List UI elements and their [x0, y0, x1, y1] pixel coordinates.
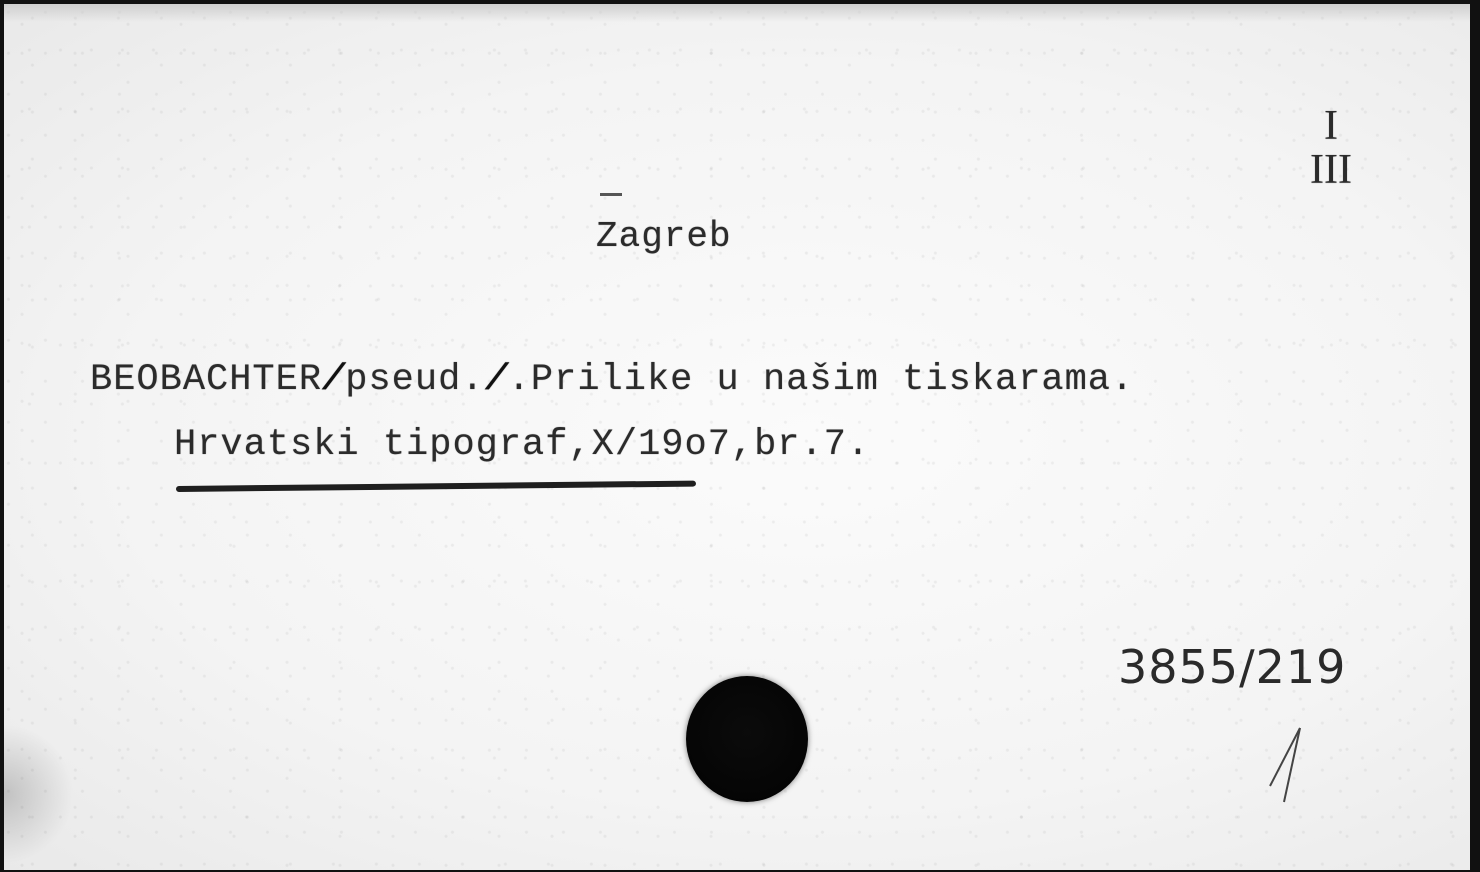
catalog-card: Zagreb I III BEOBACHTER/pseud./.Prilike … — [4, 4, 1470, 870]
punch-hole — [686, 676, 808, 802]
handwritten-mark-icon — [1266, 726, 1306, 806]
location-heading: Zagreb — [596, 216, 732, 257]
card-smudge — [4, 724, 74, 864]
call-number: 3855/219 — [1118, 640, 1346, 694]
scanned-card-image: Zagreb I III BEOBACHTER/pseud./.Prilike … — [0, 0, 1480, 872]
location-dash-mark — [600, 193, 622, 196]
class-mark-line2: III — [1266, 148, 1396, 192]
card-top-shadow — [4, 4, 1470, 22]
entry-source-line: Hrvatski tipograf,X/19o7,br.7. — [174, 424, 870, 466]
entry-author-note: pseud. — [345, 359, 484, 401]
class-mark-line1: I — [1266, 104, 1396, 148]
class-mark: I III — [1266, 104, 1396, 192]
entry-source-title: Hrvatski tipograf — [174, 424, 568, 466]
entry-author: BEOBACHTER — [90, 359, 322, 401]
entry-author-title-line: BEOBACHTER/pseud./.Prilike u našim tiska… — [90, 359, 1134, 401]
entry-source-details: ,X/19o7,br.7. — [568, 424, 870, 466]
source-title-underline — [176, 481, 696, 492]
entry-title: .Prilike u našim tiskarama. — [508, 359, 1135, 401]
